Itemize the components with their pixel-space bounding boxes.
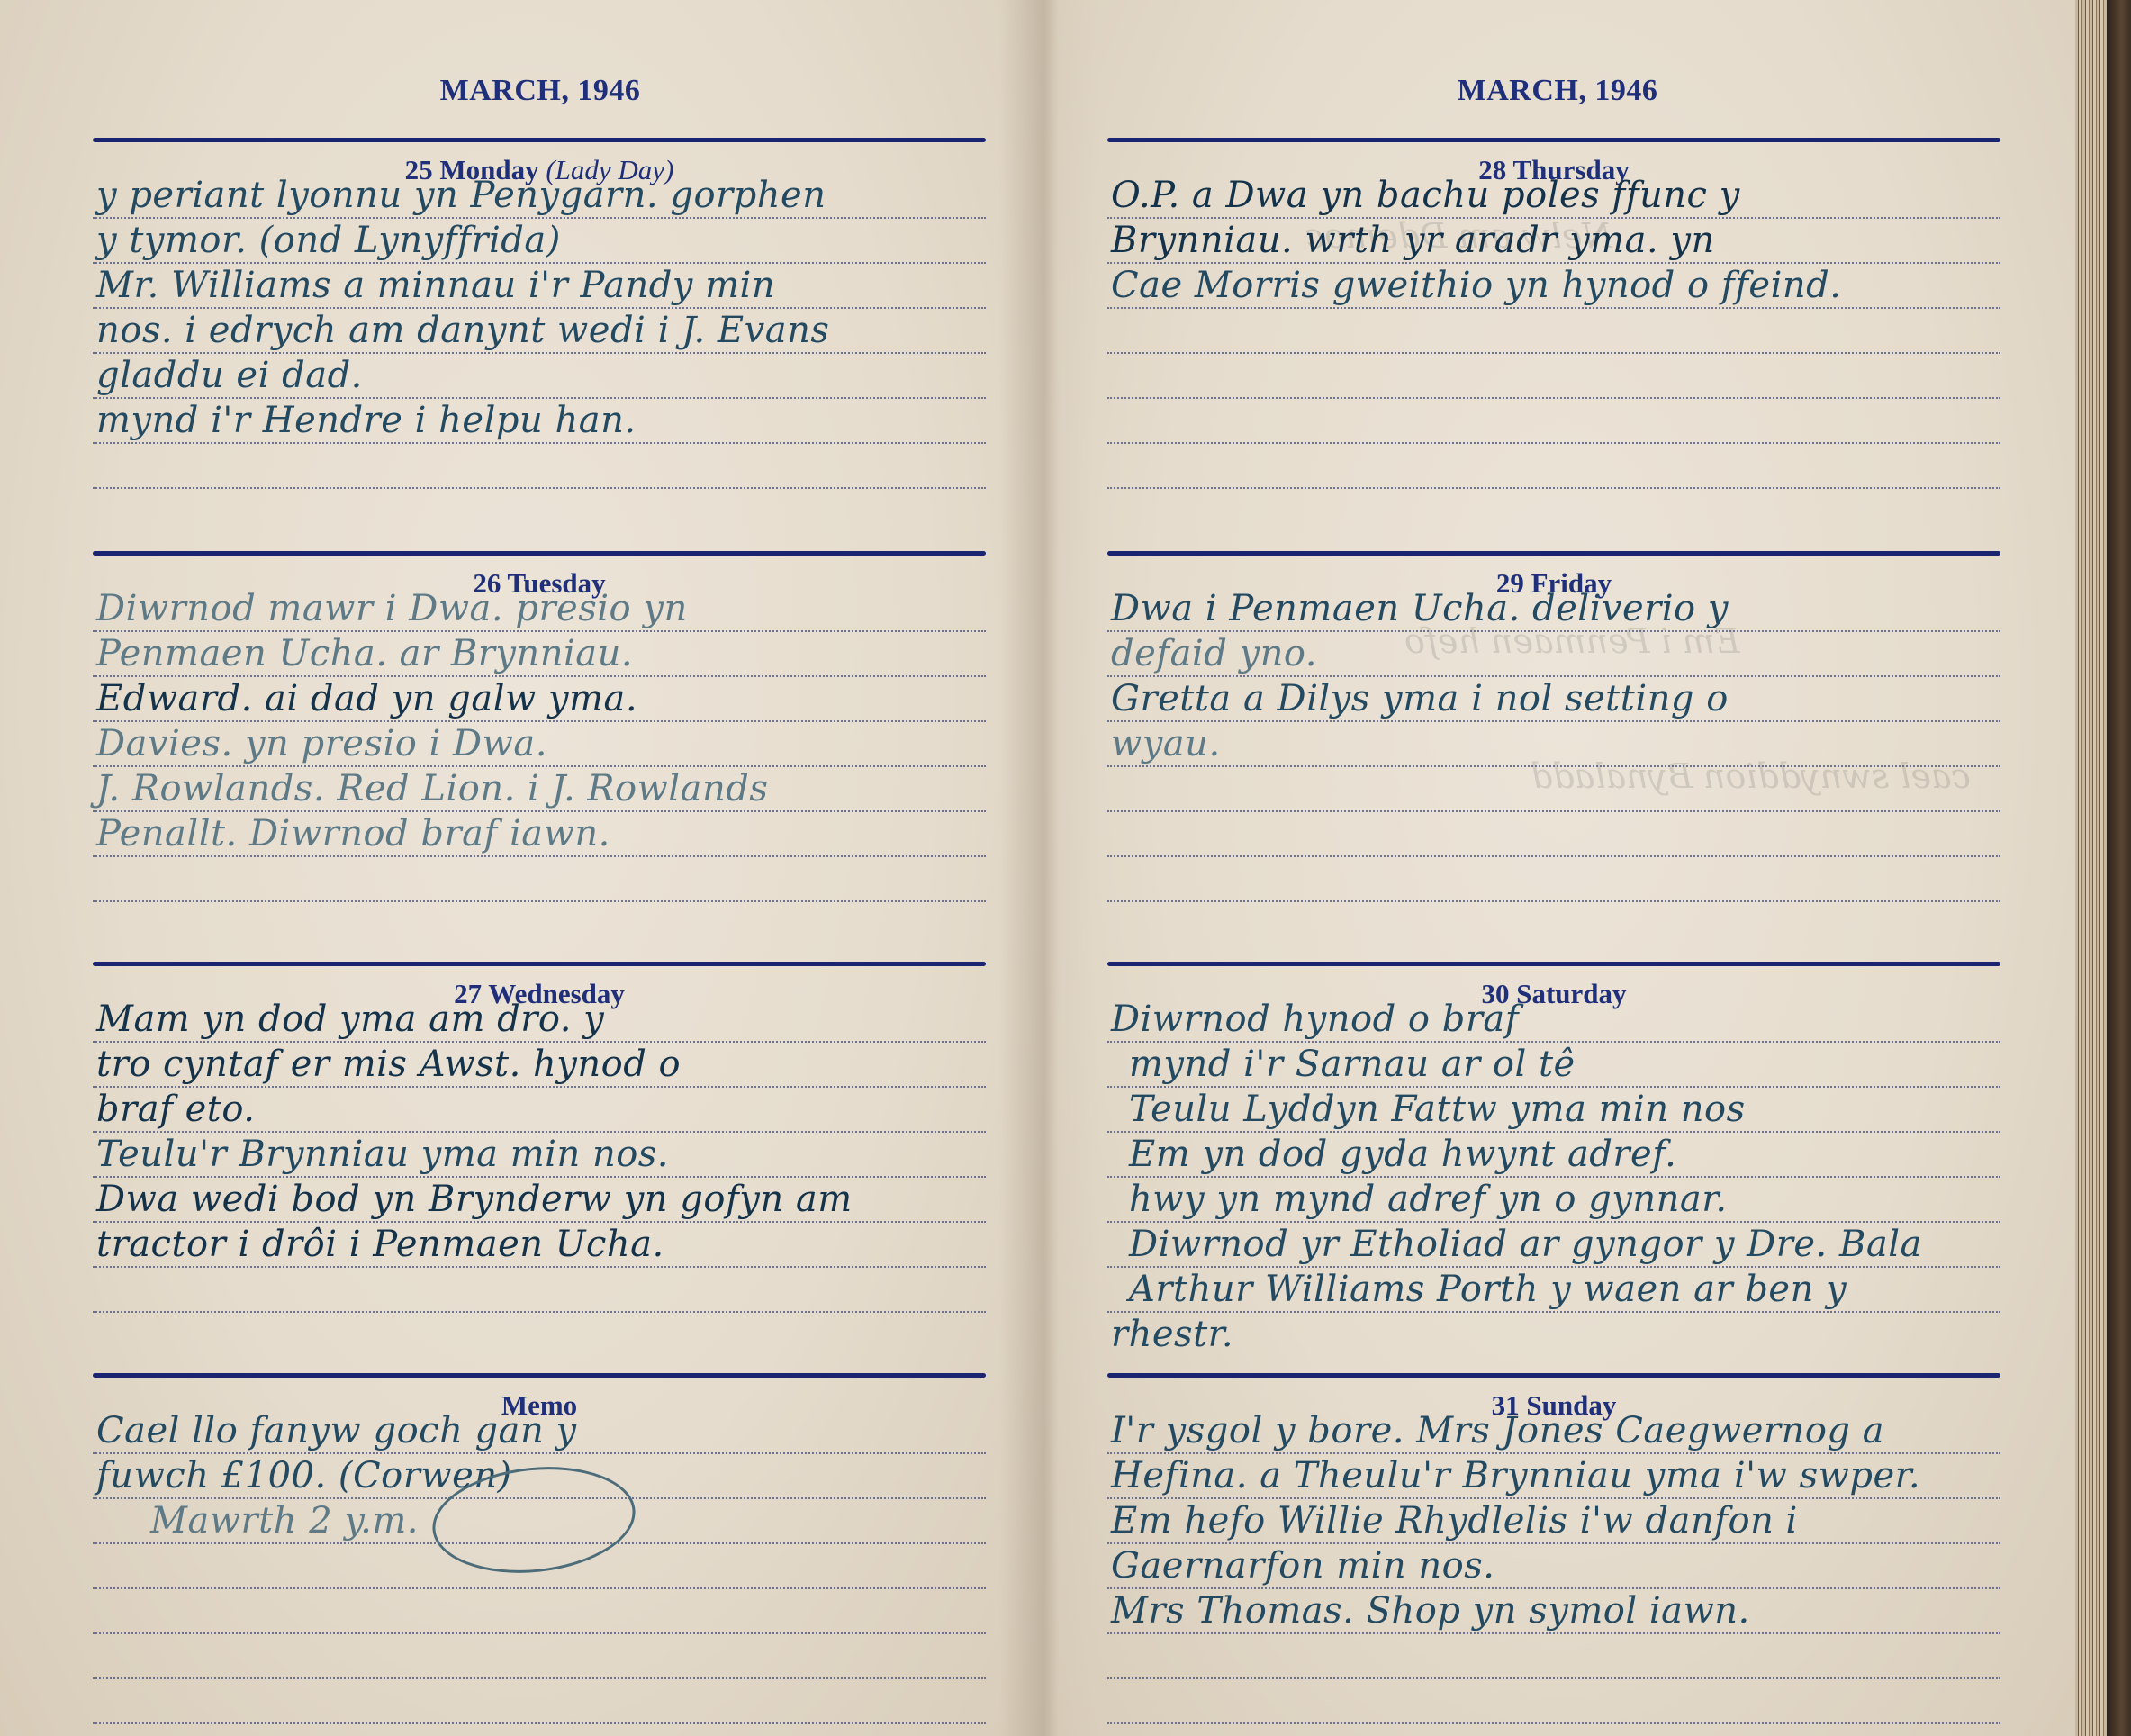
ruled-line — [1107, 442, 2000, 444]
handwritten-line: Hefina. a Theulu'r Brynniau yma i'w swpe… — [1111, 1458, 1920, 1494]
book-cover-edge — [2107, 0, 2131, 1736]
ruled-line — [93, 1176, 986, 1178]
ruled-line — [93, 1266, 986, 1268]
handwritten-line: Em yn dod gyda hwynt adref. — [1129, 1136, 1676, 1172]
handwritten-line: Arthur Williams Porth y waen ar ben y — [1129, 1271, 1847, 1307]
section-divider — [93, 551, 986, 556]
ruled-line — [1107, 1176, 2000, 1178]
ruled-line — [93, 1677, 986, 1679]
ruled-line — [93, 810, 986, 812]
handwritten-line: Mawrth 2 y.m. — [150, 1503, 419, 1539]
ruled-line — [1107, 487, 2000, 489]
ruled-line — [1107, 262, 2000, 264]
ruled-line — [1107, 1086, 2000, 1088]
handwritten-line: y tymor. (ond Lynyffrida) — [96, 222, 561, 258]
handwritten-line: Gaernarfon min nos. — [1111, 1548, 1494, 1584]
ruled-line — [93, 855, 986, 857]
ruled-line — [93, 630, 986, 632]
handwritten-line: O.P. a Dwa yn bachu poles ffunc y — [1111, 177, 1740, 213]
month-header-left: MARCH, 1946 — [378, 74, 702, 108]
handwritten-line: Penmaen Ucha. ar Brynniau. — [96, 636, 633, 672]
handwritten-line: defaid yno. — [1111, 636, 1317, 672]
handwritten-line: J. Rowlands. Red Lion. i J. Rowlands — [96, 771, 768, 807]
ruled-line — [93, 262, 986, 264]
ruled-line — [1107, 1041, 2000, 1043]
ruled-line — [1107, 810, 2000, 812]
ruled-line — [93, 352, 986, 354]
ruled-line — [93, 487, 986, 489]
handwritten-line: Diwrnod mawr i Dwa. presio yn — [96, 591, 688, 627]
handwritten-line: braf eto. — [96, 1091, 255, 1127]
ruled-line — [1107, 1131, 2000, 1133]
handwritten-line: Diwrnod yr Etholiad ar gyngor y Dre. Bal… — [1129, 1226, 1922, 1262]
ruled-line — [1107, 1311, 2000, 1313]
handwritten-line: I'r ysgol y bore. Mrs Jones Caegwernog a — [1111, 1413, 1884, 1449]
handwritten-line: Diwrnod hynod o braf — [1111, 1001, 1519, 1037]
ruled-line — [1107, 1542, 2000, 1544]
ruled-line — [1107, 765, 2000, 767]
ruled-line — [93, 1722, 986, 1724]
ruled-line — [93, 675, 986, 677]
handwritten-line: Davies. yn presio i Dwa. — [96, 726, 547, 762]
month-header-right: MARCH, 1946 — [1395, 74, 1720, 108]
ruled-line — [93, 397, 986, 399]
handwritten-line: Teulu Lyddyn Fattw yma min nos — [1129, 1091, 1746, 1127]
section-divider — [93, 1373, 986, 1378]
handwritten-line: Dwa i Penmaen Ucha. deliverio y — [1111, 591, 1729, 627]
handwritten-line: Brynniau. wrth yr aradr yma. yn — [1111, 222, 1715, 258]
ruled-line — [93, 217, 986, 219]
handwritten-line: mynd i'r Sarnau ar ol tê — [1129, 1046, 1576, 1082]
ruled-line — [93, 900, 986, 902]
handwritten-line: hwy yn mynd adref yn o gynnar. — [1129, 1181, 1728, 1217]
handwritten-line: wyau. — [1111, 726, 1221, 762]
section-divider — [1107, 551, 2000, 556]
ruled-line — [1107, 855, 2000, 857]
ruled-line — [1107, 1722, 2000, 1724]
ruled-line — [93, 1587, 986, 1589]
ruled-line — [93, 307, 986, 309]
ruled-line — [1107, 1677, 2000, 1679]
ruled-line — [1107, 1266, 2000, 1268]
handwritten-line: Edward. ai dad yn galw yma. — [96, 681, 637, 717]
handwritten-line: Dwa wedi bod yn Brynderw yn gofyn am — [96, 1181, 853, 1217]
handwritten-line: Teulu'r Brynniau yma min nos. — [96, 1136, 669, 1172]
handwritten-line: y periant lyonnu yn Penygarn. gorphen — [96, 177, 826, 213]
ruled-line — [1107, 720, 2000, 722]
ruled-line — [1107, 1497, 2000, 1499]
handwritten-line: Penallt. Diwrnod braf iawn. — [96, 816, 610, 852]
ruled-line — [93, 1041, 986, 1043]
ruled-line — [93, 1311, 986, 1313]
handwritten-line: mynd i'r Hendre i helpu han. — [96, 402, 637, 439]
section-divider — [1107, 962, 2000, 966]
ruled-line — [1107, 397, 2000, 399]
section-divider — [1107, 138, 2000, 142]
handwritten-line: Gretta a Dilys yma i nol setting o — [1111, 681, 1729, 717]
ruled-line — [93, 1632, 986, 1634]
handwritten-line: Mrs Thomas. Shop yn symol iawn. — [1111, 1593, 1750, 1629]
section-divider — [93, 138, 986, 142]
ruled-line — [1107, 1632, 2000, 1634]
ruled-line — [93, 442, 986, 444]
ruled-line — [93, 1131, 986, 1133]
ruled-line — [1107, 1452, 2000, 1454]
section-divider — [1107, 1373, 2000, 1378]
ruled-line — [1107, 1587, 2000, 1589]
bleed-through-text: cael swnyddion Bynaladd — [1531, 756, 1971, 796]
ruled-line — [1107, 307, 2000, 309]
handwritten-line: Em hefo Willie Rhydlelis i'w danfon i — [1111, 1503, 1798, 1539]
ruled-line — [93, 1086, 986, 1088]
ruled-line — [93, 765, 986, 767]
ruled-line — [1107, 217, 2000, 219]
section-divider — [93, 962, 986, 966]
ruled-line — [1107, 630, 2000, 632]
handwritten-line: Cae Morris gweithio yn hynod o ffeind. — [1111, 267, 1841, 303]
book-gutter — [999, 0, 1098, 1736]
handwritten-line: tractor i drôi i Penmaen Ucha. — [96, 1226, 664, 1262]
handwritten-line: Cael llo fanyw goch gan y — [96, 1413, 577, 1449]
ruled-line — [1107, 1221, 2000, 1223]
handwritten-line: gladdu ei dad. — [96, 357, 363, 393]
handwritten-line: nos. i edrych am danynt wedi i J. Evans — [96, 312, 829, 348]
day-name: Saturday — [1516, 978, 1626, 1009]
ruled-line — [93, 720, 986, 722]
handwritten-line: Mr. Williams a minnau i'r Pandy min — [96, 267, 775, 303]
ruled-line — [93, 1221, 986, 1223]
ruled-line — [1107, 675, 2000, 677]
ruled-line — [93, 1452, 986, 1454]
handwritten-line: fuwch £100. (Corwen) — [96, 1458, 512, 1494]
handwritten-line: Mam yn dod yma am dro. y — [96, 1001, 604, 1037]
ruled-line — [1107, 900, 2000, 902]
handwritten-line: tro cyntaf er mis Awst. hynod o — [96, 1046, 681, 1082]
ruled-line — [1107, 352, 2000, 354]
handwritten-line: rhestr. — [1111, 1316, 1233, 1352]
